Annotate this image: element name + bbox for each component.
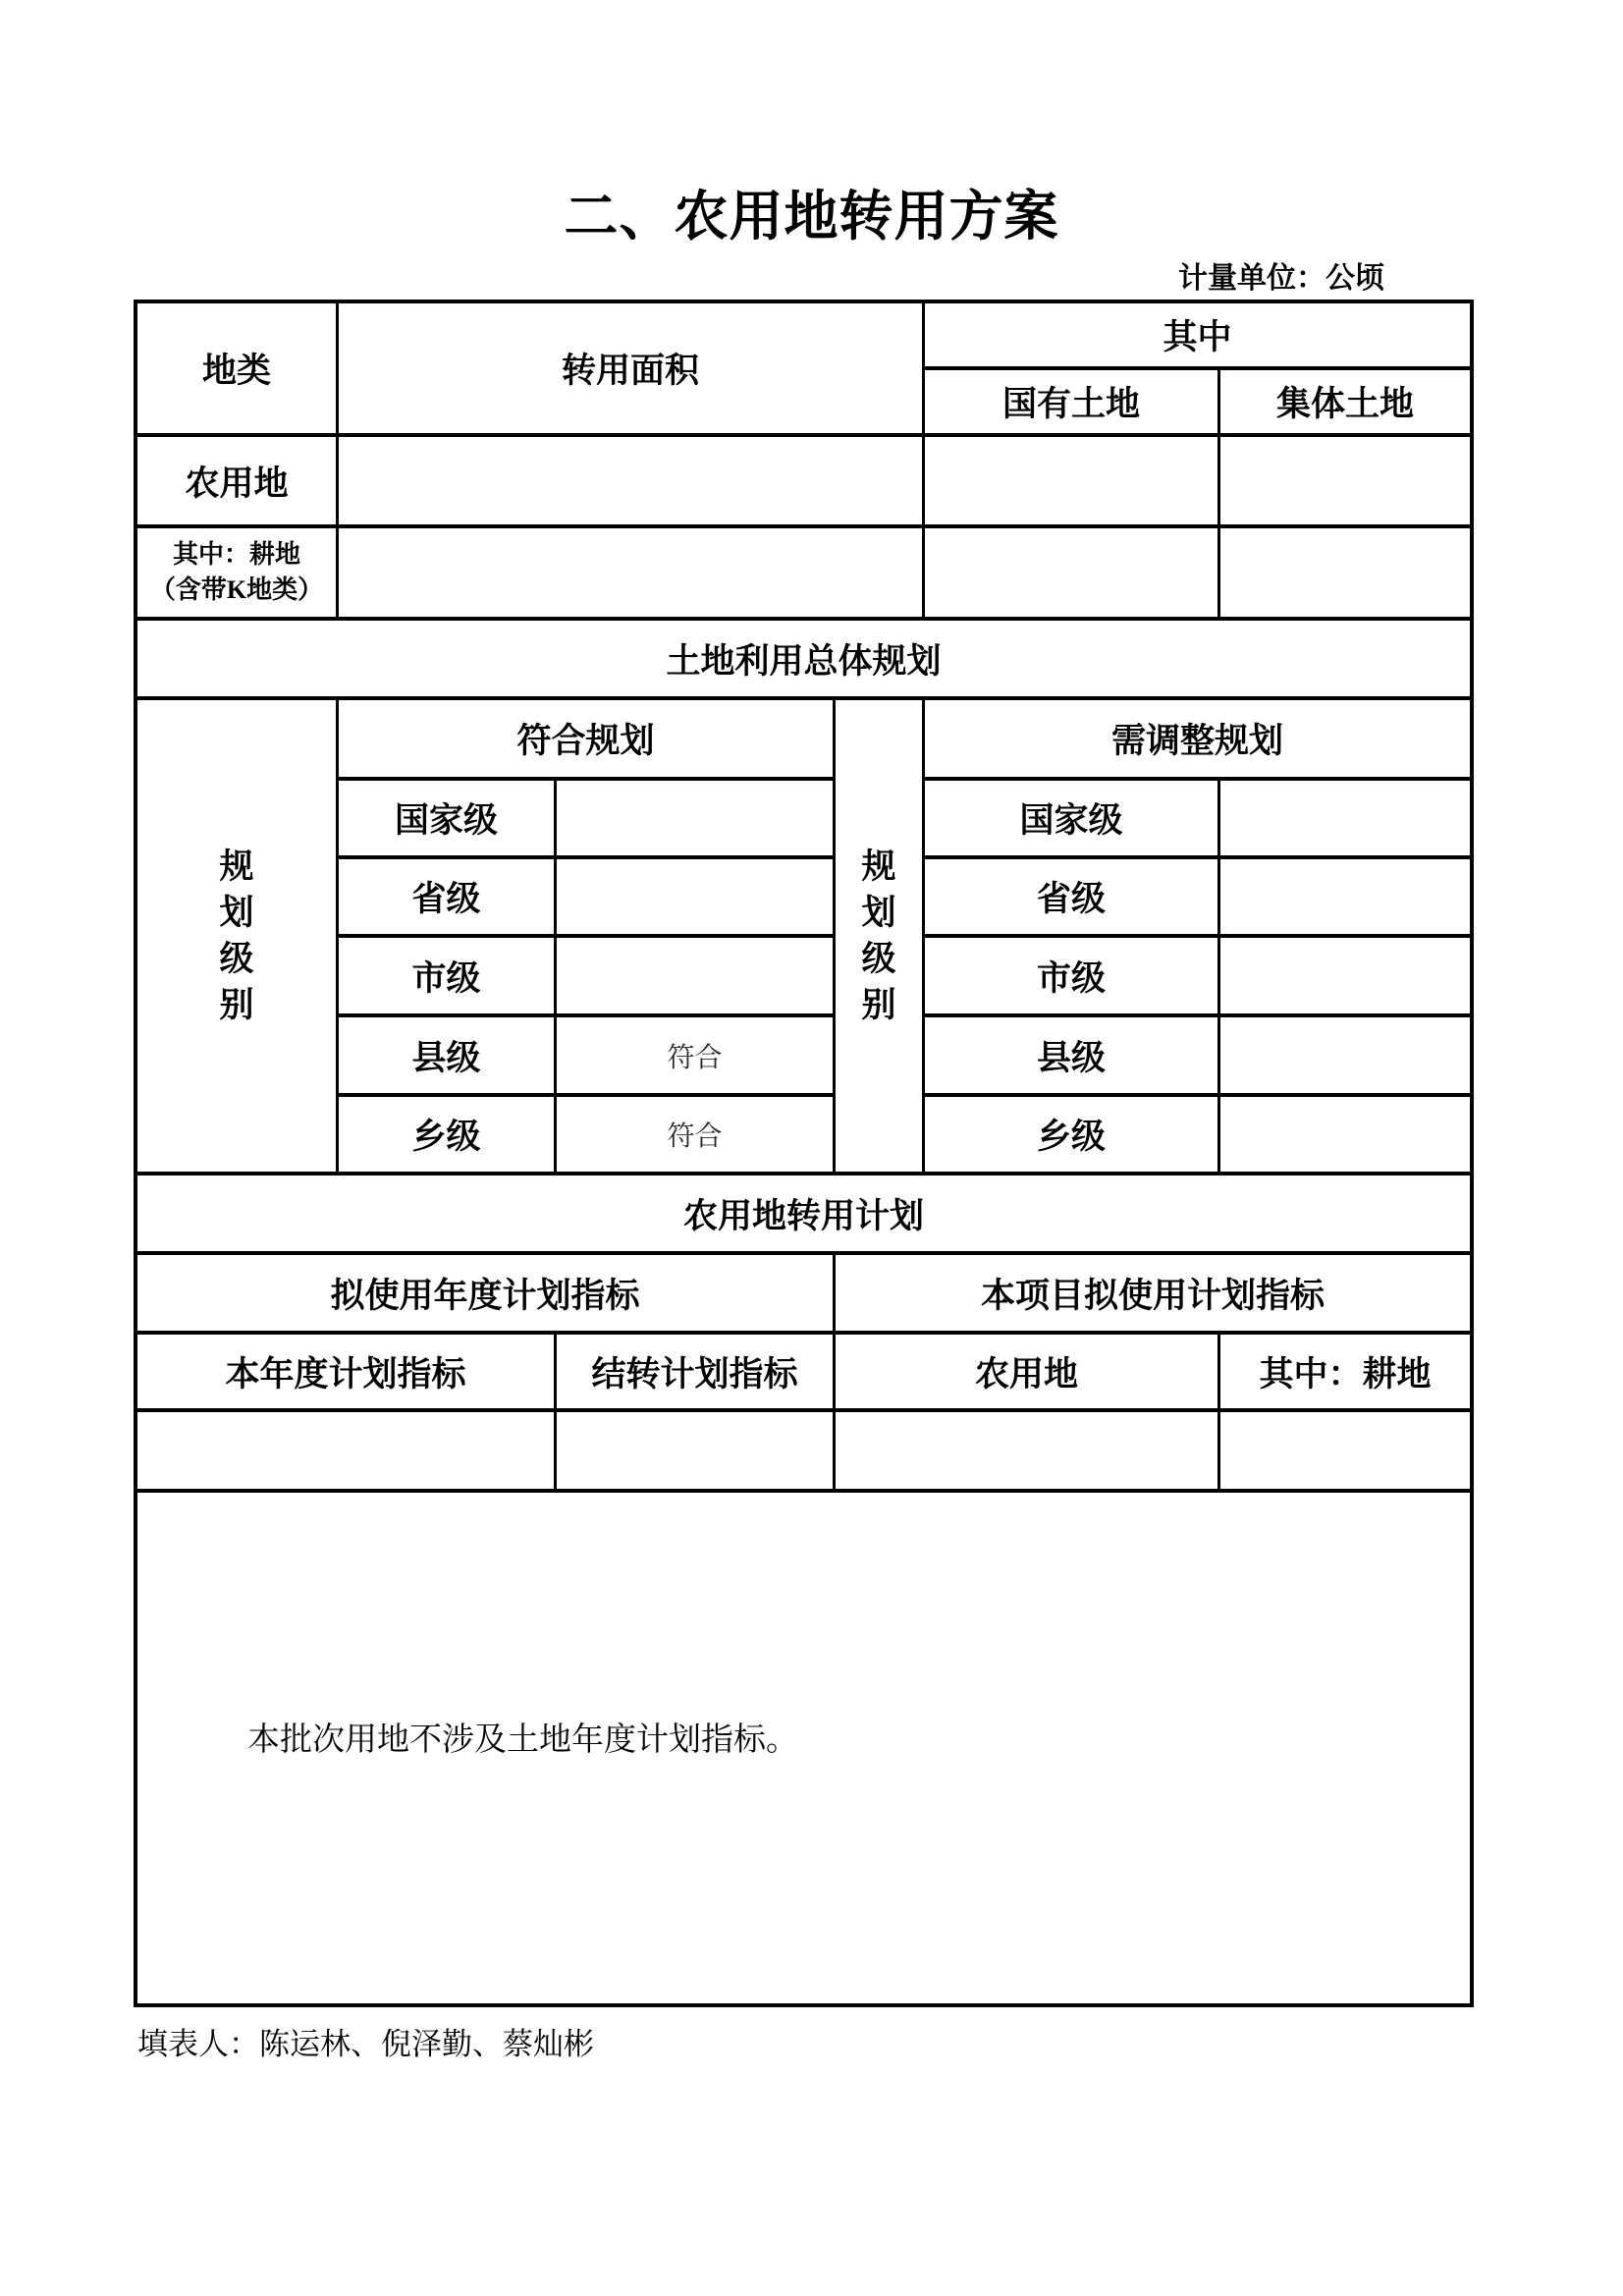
column-header-carryover-quota: 结转计划指标 [557, 1335, 836, 1412]
section-title-land-use-planning: 土地利用总体规划 [137, 621, 1470, 700]
conforming-value-provincial [557, 859, 836, 938]
form-filler-line: 填表人：陈运林、倪泽勤、蔡灿彬 [137, 2019, 594, 2063]
adjustment-value-township [1220, 1097, 1470, 1175]
value-current-year-quota [137, 1412, 557, 1493]
measurement-unit-note: 计量单位：公顷 [0, 253, 1384, 297]
document-page: 二、农用地转用方案 计量单位：公顷 地类 转用面积 其中 国有土地 集体土地 农… [0, 0, 1623, 2296]
conforming-level-national: 国家级 [339, 781, 557, 859]
conforming-level-provincial: 省级 [339, 859, 557, 938]
adjustment-level-county: 县级 [925, 1017, 1220, 1097]
adjustment-value-municipal [1220, 938, 1470, 1017]
planning-level-axis-right-label: 规划级别 [860, 844, 897, 1028]
conforming-level-county: 县级 [339, 1017, 557, 1097]
header-of-which: 其中 [925, 303, 1470, 370]
value-agricultural-land [836, 1412, 1220, 1493]
planning-level-axis-left-label: 规划级别 [218, 844, 255, 1028]
planning-level-axis-right: 规划级别 [836, 700, 925, 1175]
cultivated-land-collective-cell [1220, 528, 1470, 621]
row-agricultural-land-label: 农用地 [137, 437, 339, 528]
column-header-current-year-quota: 本年度计划指标 [137, 1335, 557, 1412]
cultivated-land-label-line2: （含带K地类） [150, 573, 323, 608]
page-title: 二、农用地转用方案 [0, 185, 1623, 249]
column-header-cultivated-land: 其中：耕地 [1220, 1335, 1470, 1412]
conforming-value-national [557, 781, 836, 859]
row-cultivated-land-label: 其中：耕地 （含带K地类） [137, 528, 339, 621]
adjustment-value-provincial [1220, 859, 1470, 938]
header-collective-land: 集体土地 [1220, 370, 1470, 437]
agricultural-land-collective-cell [1220, 437, 1470, 528]
cultivated-land-label-line1: 其中：耕地 [150, 537, 323, 573]
adjustment-level-provincial: 省级 [925, 859, 1220, 938]
value-carryover-quota [557, 1412, 836, 1493]
adjustment-plan-header: 需调整规划 [925, 700, 1470, 781]
value-cultivated-land [1220, 1412, 1470, 1493]
conforming-level-township: 乡级 [339, 1097, 557, 1175]
cultivated-land-area-cell [339, 528, 925, 621]
agricultural-land-area-cell [339, 437, 925, 528]
adjustment-level-municipal: 市级 [925, 938, 1220, 1017]
adjustment-value-national [1220, 781, 1470, 859]
adjustment-level-national: 国家级 [925, 781, 1220, 859]
section-title-conversion-plan: 农用地转用计划 [137, 1175, 1470, 1255]
land-conversion-form-table: 地类 转用面积 其中 国有土地 集体土地 农用地 其中：耕地 （含带K地类） 土… [134, 300, 1474, 2007]
header-land-type: 地类 [137, 303, 339, 437]
conforming-value-township: 符合 [557, 1097, 836, 1175]
planning-level-axis-left: 规划级别 [137, 700, 339, 1175]
cultivated-land-state-cell [925, 528, 1220, 621]
header-state-land: 国有土地 [925, 370, 1220, 437]
annual-quota-header: 拟使用年度计划指标 [137, 1255, 836, 1335]
conforming-plan-header: 符合规划 [339, 700, 836, 781]
conforming-level-municipal: 市级 [339, 938, 557, 1017]
conforming-value-municipal [557, 938, 836, 1017]
adjustment-value-county [1220, 1017, 1470, 1097]
conforming-value-county: 符合 [557, 1017, 836, 1097]
adjustment-level-township: 乡级 [925, 1097, 1220, 1175]
header-conversion-area: 转用面积 [339, 303, 925, 437]
column-header-agricultural-land: 农用地 [836, 1335, 1220, 1412]
agricultural-land-state-cell [925, 437, 1220, 528]
project-quota-header: 本项目拟使用计划指标 [836, 1255, 1470, 1335]
plan-note-cell: 本批次用地不涉及土地年度计划指标。 [137, 1493, 1470, 2003]
